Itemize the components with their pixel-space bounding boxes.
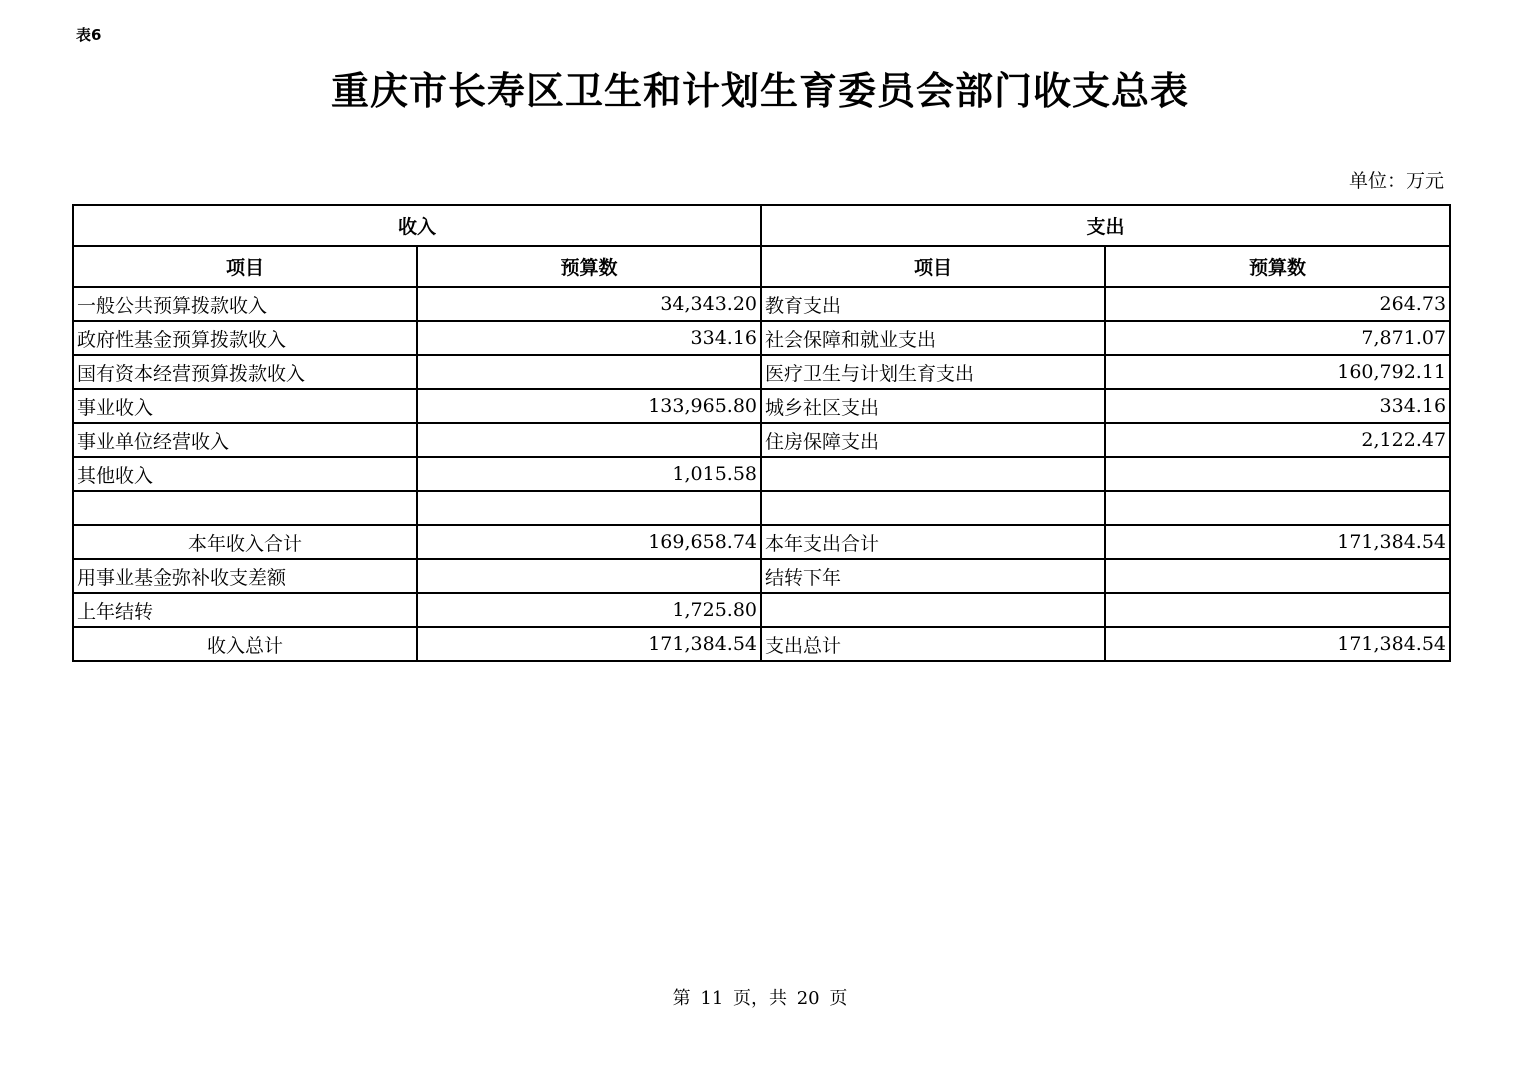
expense-amount xyxy=(1105,457,1450,491)
page-number-footer: 第 11 页，共 20 页 xyxy=(0,984,1520,1010)
header-expense-item: 项目 xyxy=(761,246,1105,287)
income-subtotal-label: 本年收入合计 xyxy=(73,525,417,559)
budget-summary-table: 收入 支出 项目 预算数 项目 预算数 一般公共预算拨款收入 34,343.20… xyxy=(72,204,1451,662)
expense-item: 医疗卫生与计划生育支出 xyxy=(761,355,1105,389)
section-income: 收入 xyxy=(73,205,761,246)
income-amount xyxy=(417,491,761,525)
income-total-label: 收入总计 xyxy=(73,627,417,661)
section-header-row: 收入 支出 xyxy=(73,205,1450,246)
income-item: 一般公共预算拨款收入 xyxy=(73,287,417,321)
income-subtotal-amount: 169,658.74 xyxy=(417,525,761,559)
income-item: 国有资本经营预算拨款收入 xyxy=(73,355,417,389)
table-row: 事业收入 133,965.80 城乡社区支出 334.16 xyxy=(73,389,1450,423)
expense-total-label: 支出总计 xyxy=(761,627,1105,661)
expense-amount: 264.73 xyxy=(1105,287,1450,321)
expense-amount: 160,792.11 xyxy=(1105,355,1450,389)
page-title: 重庆市长寿区卫生和计划生育委员会部门收支总表 xyxy=(0,60,1520,115)
income-total-amount: 171,384.54 xyxy=(417,627,761,661)
expense-amount: 334.16 xyxy=(1105,389,1450,423)
income-item xyxy=(73,491,417,525)
income-amount xyxy=(417,355,761,389)
table-row: 事业单位经营收入 住房保障支出 2,122.47 xyxy=(73,423,1450,457)
total-row: 收入总计 171,384.54 支出总计 171,384.54 xyxy=(73,627,1450,661)
table-number-label: 表6 xyxy=(76,24,101,45)
header-income-item: 项目 xyxy=(73,246,417,287)
table-row: 其他收入 1,015.58 xyxy=(73,457,1450,491)
income-amount: 1,015.58 xyxy=(417,457,761,491)
income-amount xyxy=(417,559,761,593)
income-amount: 34,343.20 xyxy=(417,287,761,321)
expense-total-amount: 171,384.54 xyxy=(1105,627,1450,661)
income-item: 用事业基金弥补收支差额 xyxy=(73,559,417,593)
table-row: 政府性基金预算拨款收入 334.16 社会保障和就业支出 7,871.07 xyxy=(73,321,1450,355)
expense-item xyxy=(761,457,1105,491)
section-expense: 支出 xyxy=(761,205,1450,246)
expense-amount: 2,122.47 xyxy=(1105,423,1450,457)
expense-amount xyxy=(1105,593,1450,627)
income-amount: 334.16 xyxy=(417,321,761,355)
income-amount: 1,725.80 xyxy=(417,593,761,627)
expense-item: 城乡社区支出 xyxy=(761,389,1105,423)
expense-item: 住房保障支出 xyxy=(761,423,1105,457)
header-expense-amount: 预算数 xyxy=(1105,246,1450,287)
expense-subtotal-label: 本年支出合计 xyxy=(761,525,1105,559)
expense-amount xyxy=(1105,491,1450,525)
income-item: 其他收入 xyxy=(73,457,417,491)
expense-amount xyxy=(1105,559,1450,593)
expense-subtotal-amount: 171,384.54 xyxy=(1105,525,1450,559)
income-item: 事业单位经营收入 xyxy=(73,423,417,457)
header-income-amount: 预算数 xyxy=(417,246,761,287)
unit-label: 单位：万元 xyxy=(1349,166,1444,193)
expense-item xyxy=(761,491,1105,525)
income-item: 事业收入 xyxy=(73,389,417,423)
table-row: 一般公共预算拨款收入 34,343.20 教育支出 264.73 xyxy=(73,287,1450,321)
table-row: 上年结转 1,725.80 xyxy=(73,593,1450,627)
expense-item: 教育支出 xyxy=(761,287,1105,321)
table-row xyxy=(73,491,1450,525)
income-item: 上年结转 xyxy=(73,593,417,627)
column-header-row: 项目 预算数 项目 预算数 xyxy=(73,246,1450,287)
income-amount xyxy=(417,423,761,457)
subtotal-row: 本年收入合计 169,658.74 本年支出合计 171,384.54 xyxy=(73,525,1450,559)
income-amount: 133,965.80 xyxy=(417,389,761,423)
income-item: 政府性基金预算拨款收入 xyxy=(73,321,417,355)
expense-amount: 7,871.07 xyxy=(1105,321,1450,355)
table-row: 用事业基金弥补收支差额 结转下年 xyxy=(73,559,1450,593)
expense-item: 结转下年 xyxy=(761,559,1105,593)
expense-item xyxy=(761,593,1105,627)
table-row: 国有资本经营预算拨款收入 医疗卫生与计划生育支出 160,792.11 xyxy=(73,355,1450,389)
expense-item: 社会保障和就业支出 xyxy=(761,321,1105,355)
